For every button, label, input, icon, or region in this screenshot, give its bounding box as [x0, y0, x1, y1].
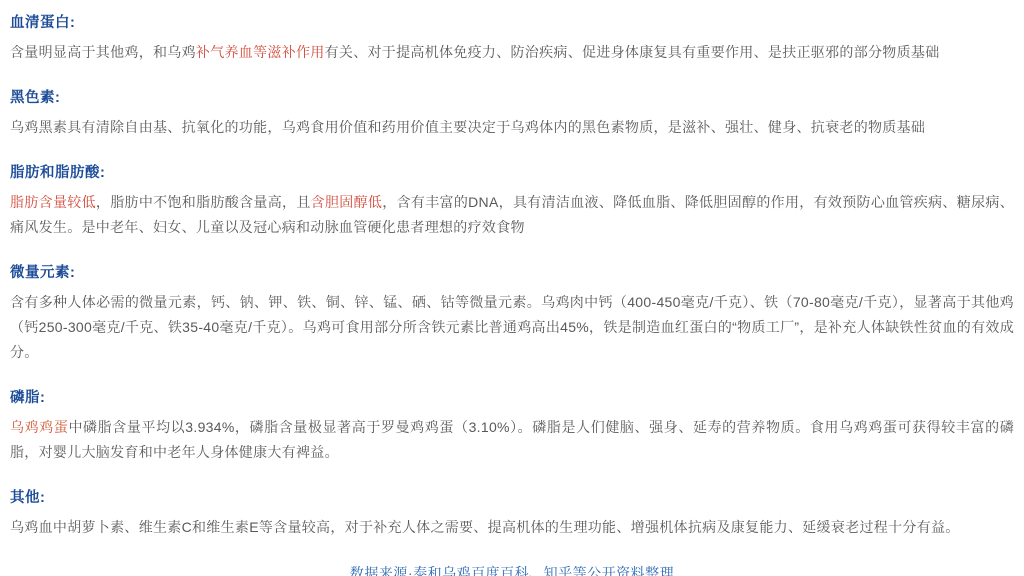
text-segment: 有关、对于提高机体免疫力、防治疾病、促进身体康复具有重要作用、是扶正驱邪的部分物…: [325, 44, 940, 60]
data-source-note: 数据来源·泰和乌鸡百度百科、知乎等公开资料整理: [10, 563, 1014, 576]
section: 血清蛋白:含量明显高于其他鸡，和乌鸡补气养血等滋补作用有关、对于提高机体免疫力、…: [10, 13, 1014, 65]
section: 黑色素:乌鸡黑素具有清除自由基、抗氧化的功能，乌鸡食用价值和药用价值主要决定于乌…: [10, 88, 1014, 140]
text-segment: 含有多种人体必需的微量元素，钙、钠、钾、铁、铜、锌、锰、硒、钴等微量元素。乌鸡肉…: [10, 294, 1014, 360]
sections-container: 血清蛋白:含量明显高于其他鸡，和乌鸡补气养血等滋补作用有关、对于提高机体免疫力、…: [10, 13, 1014, 540]
section-heading: 血清蛋白:: [10, 13, 1014, 33]
highlighted-text: 补气养血等滋补作用: [196, 44, 325, 60]
section-body: 乌鸡鸡蛋中磷脂含量平均以3.934%，磷脂含量极显著高于罗曼鸡鸡蛋（3.10%）…: [10, 415, 1014, 465]
section-heading: 脂肪和脂肪酸:: [10, 163, 1014, 183]
section-body: 含有多种人体必需的微量元素，钙、钠、钾、铁、铜、锌、锰、硒、钴等微量元素。乌鸡肉…: [10, 290, 1014, 365]
text-segment: 中磷脂含量平均以3.934%，磷脂含量极显著高于罗曼鸡鸡蛋（3.10%）。磷脂是…: [10, 419, 1014, 460]
section-heading: 微量元素:: [10, 263, 1014, 283]
section-body: 含量明显高于其他鸡，和乌鸡补气养血等滋补作用有关、对于提高机体免疫力、防治疾病、…: [10, 40, 1014, 65]
section: 脂肪和脂肪酸:脂肪含量较低，脂肪中不饱和脂肪酸含量高，且含胆固醇低，含有丰富的D…: [10, 163, 1014, 240]
section-heading: 黑色素:: [10, 88, 1014, 108]
text-segment: ，脂肪中不饱和脂肪酸含量高，且: [96, 194, 311, 210]
text-segment: 乌鸡黑素具有清除自由基、抗氧化的功能，乌鸡食用价值和药用价值主要决定于乌鸡体内的…: [10, 119, 925, 135]
section-body: 乌鸡黑素具有清除自由基、抗氧化的功能，乌鸡食用价值和药用价值主要决定于乌鸡体内的…: [10, 115, 1014, 140]
highlighted-text: 含胆固醇低: [311, 194, 383, 210]
section-heading: 磷脂:: [10, 388, 1014, 408]
section: 磷脂:乌鸡鸡蛋中磷脂含量平均以3.934%，磷脂含量极显著高于罗曼鸡鸡蛋（3.1…: [10, 388, 1014, 465]
section-body: 乌鸡血中胡萝卜素、维生素C和维生素E等含量较高，对于补充人体之需要、提高机体的生…: [10, 515, 1014, 540]
highlighted-text: 乌鸡鸡蛋: [10, 419, 68, 435]
section: 其他:乌鸡血中胡萝卜素、维生素C和维生素E等含量较高，对于补充人体之需要、提高机…: [10, 488, 1014, 540]
section: 微量元素:含有多种人体必需的微量元素，钙、钠、钾、铁、铜、锌、锰、硒、钴等微量元…: [10, 263, 1014, 365]
section-body: 脂肪含量较低，脂肪中不饱和脂肪酸含量高，且含胆固醇低，含有丰富的DNA，具有清洁…: [10, 190, 1014, 240]
section-heading: 其他:: [10, 488, 1014, 508]
text-segment: 含量明显高于其他鸡，和乌鸡: [10, 44, 196, 60]
highlighted-text: 脂肪含量较低: [10, 194, 96, 210]
text-segment: 乌鸡血中胡萝卜素、维生素C和维生素E等含量较高，对于补充人体之需要、提高机体的生…: [10, 519, 960, 535]
nutrition-document: 血清蛋白:含量明显高于其他鸡，和乌鸡补气养血等滋补作用有关、对于提高机体免疫力、…: [10, 13, 1014, 576]
